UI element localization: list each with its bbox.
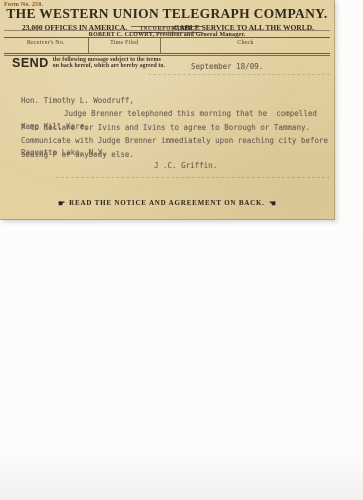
ruled-line <box>56 177 330 178</box>
telegram-paper: Form No. 250. THE WESTERN UNION TELEGRAP… <box>0 0 335 220</box>
manicule-right-icon: ☛ <box>58 199 65 208</box>
manicule-left-icon: ☚ <box>269 199 276 208</box>
ruled-line <box>148 74 330 75</box>
signature: J .C. Griffin. <box>154 161 217 170</box>
send-label: SEND <box>12 57 49 69</box>
table-double-rule <box>4 55 330 56</box>
message-line: Judge Brenner telephoned this morning th… <box>64 109 317 118</box>
date: September 18/09. <box>191 62 263 71</box>
addressee-line: Hon. Timothy L. Woodruff, <box>21 97 134 106</box>
table-header-time-filed: Time Filed <box>88 38 160 53</box>
message-line: Communicate with Judge Brenner immediate… <box>21 136 328 145</box>
message-line: P to declare for Ivins and Ivins to agre… <box>21 123 310 132</box>
send-terms: the following message subject to the ter… <box>53 57 165 69</box>
header-table: Receiver's No. Time Filed Check <box>4 37 330 54</box>
send-terms-line2: on back hereof, which are hereby agreed … <box>53 63 165 69</box>
notice-text: READ THE NOTICE AND AGREEMENT ON BACK. <box>69 199 265 207</box>
message-line: seeing P or anybody else. <box>21 150 134 159</box>
scanned-page: Form No. 250. THE WESTERN UNION TELEGRAP… <box>0 0 363 500</box>
notice-row: ☛READ THE NOTICE AND AGREEMENT ON BACK.☚ <box>0 198 334 207</box>
table-header-receivers-no: Receiver's No. <box>4 38 88 53</box>
send-terms-line1: the following message subject to the ter… <box>53 57 161 63</box>
table-header-check: Check <box>160 38 330 53</box>
send-block: SEND the following message subject to th… <box>12 57 165 69</box>
